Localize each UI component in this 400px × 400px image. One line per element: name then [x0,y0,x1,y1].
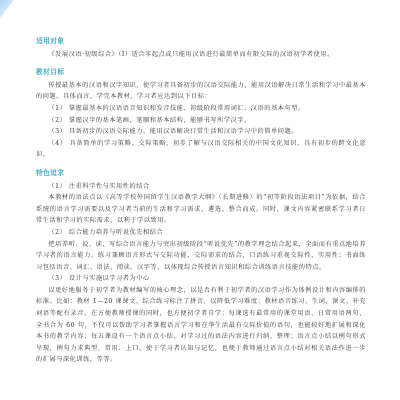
section-heading-audience: 适用对象 [36,36,366,48]
feature-body-1: 本教材的语法点以《高等学校外国留学生汉语教学大纲》（长期进修）的“初等阶段语法项… [36,192,366,227]
feature-body-3: 以更好地服务于初学者为教材编写的核心理念，以是否有利于初学者的汉语学习作为体例设… [36,285,366,366]
feature-heading-2: （2） 综合能力培养与听说优先相结合 [36,227,366,239]
document-page: 适用对象 《发展汉语·初级综合》（I）适合零起点或只能用汉语进行最简单而有限交际… [36,36,366,366]
feature-body-2: 把培养听、说、读、写综合语言能力与突出初级阶段“听说优先”的教学理念结合起来，全… [36,239,366,274]
goal-item-3: （3） 具备初步的汉语交际能力，能用汉语解决日常生活和汉语学习中的简单问题。 [36,126,366,138]
feature-heading-3: （3） 设计与实施以学习者为中心 [36,273,366,285]
goal-item-2: （2） 掌握汉字的基本笔画、笔顺和基本结构，能够书写所学汉字。 [36,115,366,127]
feature-heading-1: （1） 注重科学性与实用性的结合 [36,181,366,193]
goal-item-1: （1） 掌握最基本的汉语语音知识和发音技能、初级阶段常用词汇、汉语的基本句型。 [36,103,366,115]
goals-intro: 传授最基本的汉语和汉字知识，使学习者具备初步的汉语交际能力，能用汉语解决日常生活… [36,80,366,103]
section-heading-features: 特色追求 [36,168,366,180]
audience-paragraph: 《发展汉语·初级综合》（I）适合零起点或只能用汉语进行最简单而有限交际的汉语初学… [36,49,366,61]
section-heading-goals: 教材目标 [36,67,366,79]
corner-decoration [0,0,14,18]
goal-item-4: （4） 具备简单的学习策略、交际策略，初步了解与汉语交际相关的中国文化知识，具有… [36,138,366,161]
